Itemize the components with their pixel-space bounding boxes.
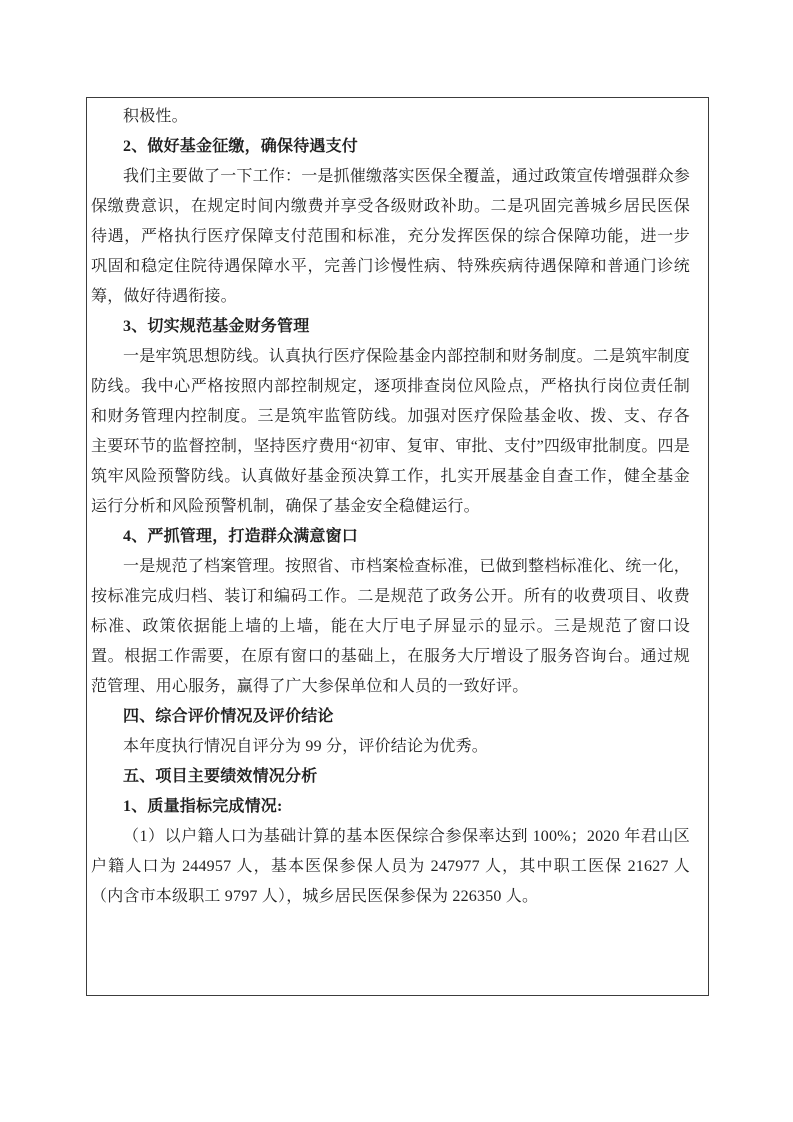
section-heading-performance-analysis: 五、项目主要绩效情况分析 (91, 762, 690, 792)
document-page: 积极性。 2、做好基金征缴，确保待遇支付 我们主要做了一下工作：一是抓催缴落实医… (0, 0, 793, 1122)
section-heading-financial-management: 3、切实规范基金财务管理 (91, 312, 690, 342)
paragraph-quality-indicator-1: （1）以户籍人口为基础计算的基本医保综合参保率达到 100%；2020 年君山区… (91, 822, 690, 912)
section-heading-fund-collection: 2、做好基金征缴，确保待遇支付 (91, 132, 690, 162)
paragraph-financial-management: 一是牢筑思想防线。认真执行医疗保险基金内部控制和财务制度。二是筑牢制度防线。我中… (91, 342, 690, 522)
section-heading-service-window: 4、严抓管理，打造群众满意窗口 (91, 522, 690, 552)
paragraph-fund-collection: 我们主要做了一下工作：一是抓催缴落实医保全覆盖，通过政策宣传增强群众参保缴费意识… (91, 162, 690, 312)
section-heading-overall-evaluation: 四、综合评价情况及评价结论 (91, 702, 690, 732)
paragraph-carryover: 积极性。 (91, 102, 690, 132)
paragraph-evaluation-score: 本年度执行情况自评分为 99 分，评价结论为优秀。 (91, 732, 690, 762)
section-heading-quality-indicators: 1、质量指标完成情况: (91, 792, 690, 822)
report-table-cell: 积极性。 2、做好基金征缴，确保待遇支付 我们主要做了一下工作：一是抓催缴落实医… (86, 97, 709, 996)
paragraph-service-window: 一是规范了档案管理。按照省、市档案检查标准，已做到整档标准化、统一化，按标准完成… (91, 552, 690, 702)
